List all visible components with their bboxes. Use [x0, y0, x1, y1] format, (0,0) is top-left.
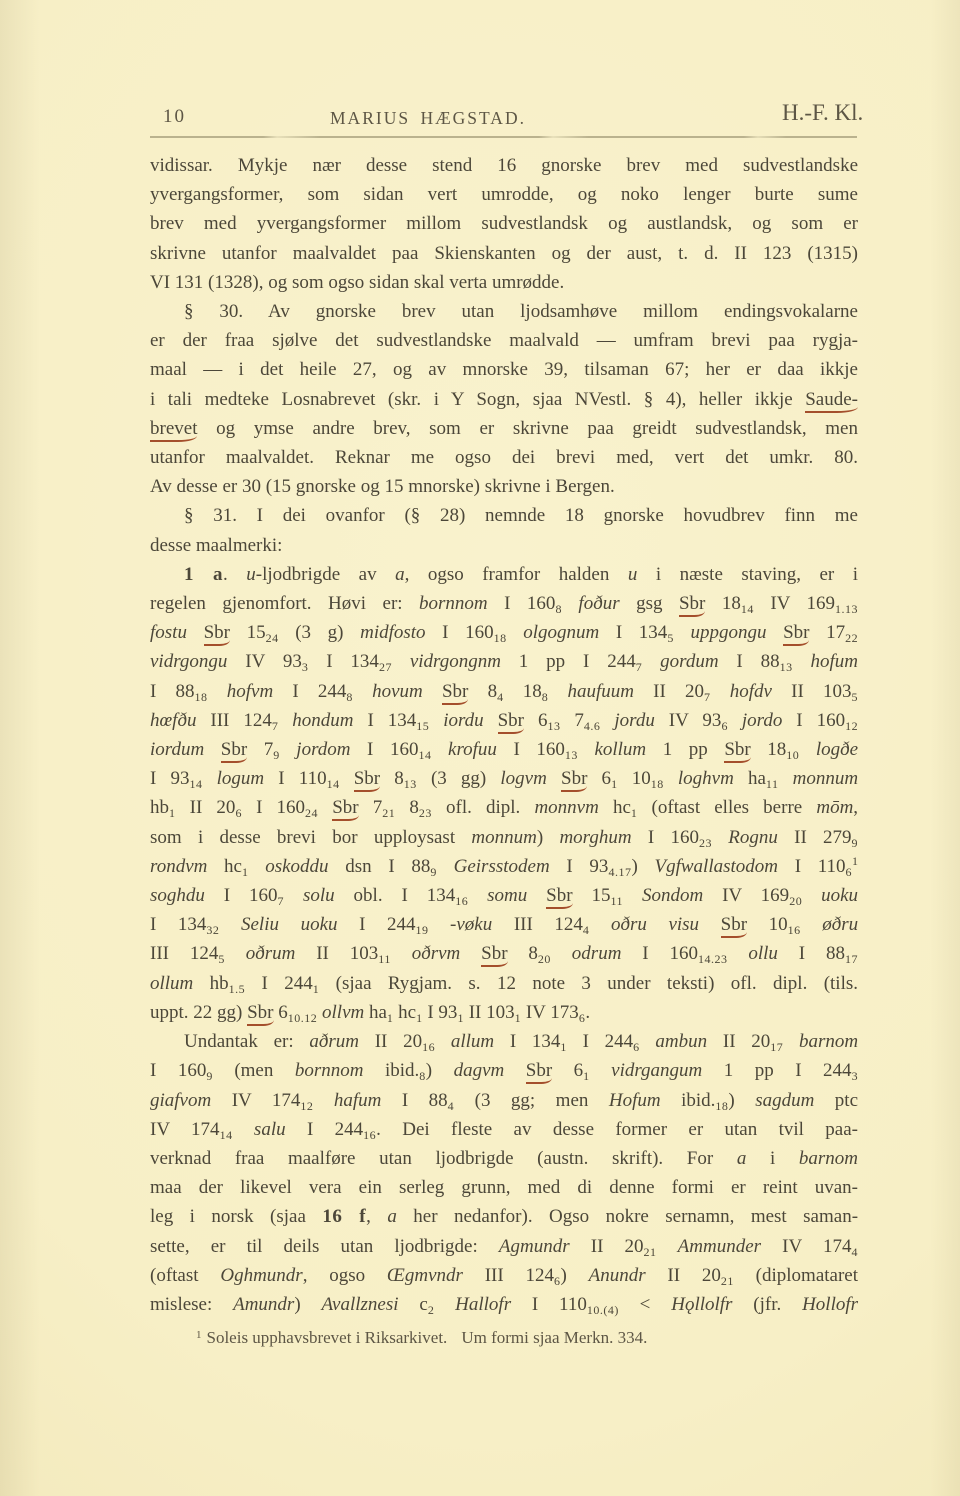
- text-segment: a: [395, 564, 405, 585]
- text-line: soghdu I 1607 solu obl. I 13416 somu Sbr…: [150, 881, 858, 910]
- text-segment: oðrum: [246, 943, 296, 964]
- line-reference-subscript: 12: [300, 1099, 313, 1113]
- text-segment: [437, 856, 454, 877]
- line-reference-subscript: 11: [610, 894, 623, 908]
- line-reference-subscript: 1: [169, 806, 176, 820]
- text-segment: [728, 943, 749, 964]
- body-text: vidissar. Mykje nær desse stend 16 gnors…: [150, 151, 858, 1319]
- text-segment: [340, 768, 354, 789]
- red-underlined-word: Sbr: [783, 622, 809, 646]
- text-segment: 7: [359, 797, 383, 818]
- red-underlined-word: Sbr: [679, 593, 705, 617]
- text-segment: solu: [303, 885, 335, 906]
- text-line: vidrgongu IV 933 I 13427 vidrgongnm 1 pp…: [150, 647, 858, 676]
- text-segment: jordu: [614, 710, 654, 731]
- text-segment: [799, 739, 816, 760]
- text-segment: iordu: [443, 710, 483, 731]
- text-segment: hc: [599, 797, 631, 818]
- text-line: Undantak er: aðrum II 2016 allum I 1341 …: [150, 1027, 858, 1056]
- paragraph: § 31. I dei ovanfor (§ 28) nemnde 18 gno…: [150, 501, 858, 559]
- line-reference-subscript: 1: [560, 1040, 567, 1054]
- text-segment: ha: [364, 1002, 387, 1023]
- line-reference-subscript: 13: [404, 777, 417, 791]
- text-segment: II 103: [464, 1002, 515, 1023]
- text-segment: IV 174: [211, 1090, 300, 1111]
- line-reference-subscript: 3: [302, 660, 309, 674]
- text-segment: skrivne utanfor maalvaldet paa Skienskan…: [150, 243, 858, 264]
- text-segment: [507, 622, 524, 643]
- text-segment: IV 93: [227, 651, 301, 672]
- text-segment: [431, 739, 448, 760]
- line-reference-subscript: 15: [416, 719, 429, 733]
- text-segment: dagvm: [454, 1060, 505, 1081]
- text-segment: [225, 943, 246, 964]
- text-line: mislese: Amundr) Avallznesi c2 Hallofr I…: [150, 1290, 858, 1319]
- header-rule: [150, 136, 857, 138]
- text-segment: Rognu: [728, 827, 778, 848]
- text-segment: II 20: [176, 797, 236, 818]
- text-segment: , ogso: [303, 1265, 387, 1286]
- text-segment: 8: [380, 768, 404, 789]
- line-reference-subscript: 7: [636, 660, 643, 674]
- text-segment: brev med yvergangsformer millom sudvestl…: [150, 213, 858, 234]
- text-segment: [435, 1031, 451, 1052]
- text-segment: (3 gg; men: [454, 1090, 609, 1111]
- text-segment: logvm: [500, 768, 546, 789]
- text-segment: a: [387, 1206, 397, 1227]
- text-line: maa der likevel vera ein serleg grunn, m…: [150, 1173, 858, 1202]
- text-segment: II 103: [772, 681, 852, 702]
- line-reference-subscript: 13: [565, 748, 578, 762]
- text-segment: [590, 1060, 612, 1081]
- text-segment: [278, 710, 292, 731]
- text-segment: Hǫllolfr: [671, 1294, 732, 1315]
- text-line: 1 a. u-ljodbrigde av a, ogso framfor hal…: [150, 560, 858, 589]
- text-line: regelen gjenomfort. Høvi er: bornnom I 1…: [150, 589, 858, 618]
- line-reference-subscript: 14: [189, 777, 202, 791]
- line-reference-subscript: 4: [497, 690, 504, 704]
- text-segment: 1 pp: [646, 739, 724, 760]
- text-segment: vidrgongu: [150, 651, 227, 672]
- text-segment: Undantak er:: [184, 1031, 309, 1052]
- line-reference-subscript: 5: [667, 631, 674, 645]
- text-segment: [766, 622, 783, 643]
- text-segment: øðru: [822, 914, 858, 935]
- text-segment: Oghmundr: [220, 1265, 302, 1286]
- text-segment: Geirsstodem: [454, 856, 550, 877]
- line-reference-subscript: 18: [494, 631, 507, 645]
- line-reference-subscript: 1: [313, 982, 320, 996]
- text-segment: gsg: [620, 593, 679, 614]
- text-segment: I 110: [264, 768, 326, 789]
- line-reference-subscript: 18: [715, 1099, 728, 1113]
- line-reference-subscript: 9: [430, 865, 437, 879]
- text-segment: ha: [734, 768, 766, 789]
- text-segment: -ljodbrigde av: [256, 564, 395, 585]
- text-segment: krofuu: [448, 739, 497, 760]
- text-segment: [460, 943, 481, 964]
- line-reference-subscript: 13: [780, 660, 793, 674]
- text-line: (oftast Oghmundr, ogso Œgmvndr III 1246)…: [150, 1261, 858, 1290]
- line-reference-subscript: 24: [266, 631, 279, 645]
- text-segment: <: [619, 1294, 671, 1315]
- line-reference-subscript: 7: [278, 894, 285, 908]
- text-segment: [202, 768, 216, 789]
- text-segment: I 110: [778, 856, 846, 877]
- text-segment: monnum: [793, 768, 858, 789]
- line-reference-subscript: 8: [542, 690, 549, 704]
- text-line: brevet og ymse andre brev, som er skrivn…: [150, 414, 858, 443]
- text-segment: gordum: [660, 651, 718, 672]
- text-line: desse maalmerki:: [150, 531, 858, 560]
- text-segment: 18: [504, 681, 542, 702]
- text-segment: [664, 768, 678, 789]
- line-reference-subscript: 16: [422, 1040, 435, 1054]
- text-segment: og ymse andre brev, som er skrivne paa g…: [197, 418, 858, 439]
- text-line: ollum hb1.5 I 2441 (sjaa Rygjam. s. 12 n…: [150, 969, 858, 998]
- text-segment: [208, 681, 227, 702]
- text-segment: i tali medteke Losnabrevet (skr. i Y Sog…: [150, 389, 805, 410]
- text-segment: [562, 593, 578, 614]
- red-underlined-word: Sbr: [546, 885, 572, 909]
- text-segment: hœfðu: [150, 710, 196, 731]
- text-segment: (oftast elles berre: [637, 797, 816, 818]
- text-segment: II 20: [646, 1265, 721, 1286]
- text-segment: allum: [451, 1031, 494, 1052]
- text-segment: her nedanfor). Ogso nokre sernamn, mest …: [397, 1206, 858, 1227]
- line-reference-subscript: 13: [547, 719, 560, 733]
- text-segment: 6: [587, 768, 611, 789]
- text-line: rondvm hc1 oskoddu dsn I 889 Geirsstodem…: [150, 852, 858, 881]
- text-segment: IV 169: [754, 593, 835, 614]
- text-line: verknad fraa maalføre utan ljodbrigde (a…: [150, 1144, 858, 1173]
- text-segment: aðrum: [309, 1031, 359, 1052]
- line-reference-subscript: 1: [631, 806, 638, 820]
- line-reference-subscript: 3: [852, 1069, 859, 1083]
- line-reference-subscript: 21: [382, 806, 395, 820]
- text-segment: II 103: [295, 943, 378, 964]
- text-segment: VI 131 (1328), og som ogso sidan skal ve…: [150, 272, 564, 293]
- text-segment: som i desse brevi bor upploysast: [150, 827, 471, 848]
- text-segment: hovum: [372, 681, 423, 702]
- red-underlined-word: Sbr: [561, 768, 587, 792]
- line-reference-subscript: 32: [206, 923, 219, 937]
- text-segment: Ammunder: [678, 1236, 761, 1257]
- line-reference-subscript: 7: [272, 719, 279, 733]
- text-segment: somu: [487, 885, 527, 906]
- line-reference-subscript: 11: [766, 777, 779, 791]
- text-segment: mislese:: [150, 1294, 233, 1315]
- text-segment: 6: [524, 710, 547, 731]
- text-segment: regelen gjenomfort. Høvi er:: [150, 593, 419, 614]
- text-segment: visu: [668, 914, 699, 935]
- text-segment: 15: [573, 885, 611, 906]
- line-reference-subscript: 14.23: [698, 952, 728, 966]
- text-segment: I 160: [488, 593, 556, 614]
- text-segment: hofvm: [227, 681, 273, 702]
- text-segment: [778, 768, 792, 789]
- line-reference-subscript: 7: [704, 690, 711, 704]
- text-segment: uppgongu: [690, 622, 766, 643]
- text-line: i tali medteke Losnabrevet (skr. i Y Sog…: [150, 385, 858, 414]
- text-segment: maa der likevel vera ein serleg grunn, m…: [150, 1177, 858, 1198]
- text-segment: IV 173: [521, 1002, 579, 1023]
- text-segment: III 124: [492, 914, 583, 935]
- text-segment: hc: [393, 1002, 416, 1023]
- text-segment: hb: [150, 797, 169, 818]
- text-segment: vidrgongnm: [410, 651, 501, 672]
- text-segment: Sondom: [642, 885, 703, 906]
- text-segment: 18: [751, 739, 787, 760]
- text-line: I 8818 hofvm I 2448 hovum Sbr 84 188 hau…: [150, 677, 858, 706]
- text-segment: uppt. 22 gg): [150, 1002, 247, 1023]
- text-segment: [187, 622, 204, 643]
- text-segment: 8: [468, 681, 497, 702]
- line-reference-subscript: 1: [242, 865, 249, 879]
- text-segment: [578, 739, 595, 760]
- text-segment: jordo: [742, 710, 782, 731]
- text-segment: [728, 710, 742, 731]
- text-segment: III 124: [463, 1265, 554, 1286]
- line-reference-subscript: 1: [583, 1069, 590, 1083]
- text-line: uppt. 22 gg) Sbr 610.12 ollvm ha1 hc1 I …: [150, 998, 858, 1027]
- text-segment: I 93: [550, 856, 609, 877]
- text-segment: sagdum: [755, 1090, 814, 1111]
- text-segment: I 160: [242, 797, 305, 818]
- text-segment: III 124: [196, 710, 271, 731]
- text-segment: soghdu: [150, 885, 205, 906]
- text-line: sette, er til deils utan ljodbrigde: Agm…: [150, 1232, 858, 1261]
- running-title: MARIUS HÆGSTAD.: [330, 108, 526, 129]
- text-segment: § 30. Av gnorske brev utan ljodsamhøve m…: [184, 301, 858, 322]
- line-reference-subscript: 9: [206, 1069, 213, 1083]
- text-segment: barnom: [799, 1031, 858, 1052]
- text-segment: I 160: [497, 739, 565, 760]
- text-line: skrivne utanfor maalvaldet paa Skienskan…: [150, 239, 858, 268]
- line-reference-subscript: 14: [418, 748, 431, 762]
- text-segment: [353, 681, 372, 702]
- page-number: 10: [163, 106, 186, 128]
- text-segment: (3 g): [279, 622, 361, 643]
- text-segment: IV 174: [150, 1119, 220, 1140]
- paragraph: vidissar. Mykje nær desse stend 16 gnors…: [150, 151, 858, 297]
- text-segment: i: [746, 1148, 799, 1169]
- series-label: H.-F. Kl.: [782, 100, 863, 126]
- text-segment: ibid.: [661, 1090, 716, 1111]
- text-segment: .: [223, 564, 246, 585]
- text-line: som i desse brevi bor upploysast monnum)…: [150, 823, 858, 852]
- text-segment: I 160: [205, 885, 278, 906]
- red-underlined-word: Sbr: [354, 768, 380, 792]
- text-segment: [793, 651, 811, 672]
- line-reference-subscript: 12: [845, 719, 858, 733]
- text-segment: 8: [395, 797, 419, 818]
- text-segment: IV 93: [655, 710, 722, 731]
- text-segment: hondum: [292, 710, 353, 731]
- text-segment: c: [399, 1294, 428, 1315]
- text-segment: ambun: [655, 1031, 707, 1052]
- line-reference-subscript: 11: [378, 952, 391, 966]
- footnote: 1Soleis upphavsbrevet i Riksarkivet.Um f…: [150, 1328, 904, 1348]
- text-line: leg i norsk (sjaa 16 f, a her nedanfor).…: [150, 1202, 858, 1231]
- text-segment: jordom: [296, 739, 350, 760]
- text-segment: [802, 885, 821, 906]
- text-segment: 8: [508, 943, 538, 964]
- text-line: hœfðu III 1247 hondum I 13415 iordu Sbr …: [150, 706, 858, 735]
- text-segment: bornnom: [295, 1060, 364, 1081]
- line-reference-subscript: 14: [220, 1128, 233, 1142]
- text-segment: [233, 1119, 254, 1140]
- text-line: III 1245 oðrum II 10311 oðrvm Sbr 820 od…: [150, 939, 858, 968]
- text-segment: [547, 768, 561, 789]
- text-segment: [647, 914, 669, 935]
- text-segment: [589, 914, 611, 935]
- text-segment: ollu: [748, 943, 778, 964]
- text-segment: I 160: [621, 943, 698, 964]
- text-segment: , ogso framfor halden: [405, 564, 628, 585]
- text-segment: hb: [193, 973, 228, 994]
- text-line: I 13432 Seliu uoku I 24419 -vøku III 124…: [150, 910, 858, 939]
- footnote-text-2: Um formi sjaa Merkn. 334.: [461, 1328, 647, 1347]
- text-segment: [429, 710, 443, 731]
- text-segment: morghum: [559, 827, 631, 848]
- text-segment: ,: [853, 797, 858, 818]
- text-segment: er der fraa sjølve det sudvestlandske ma…: [150, 330, 858, 351]
- text-segment: [699, 914, 721, 935]
- text-segment: oðru: [611, 914, 647, 935]
- red-underlined-word: Saude-: [805, 389, 858, 413]
- text-segment: [423, 681, 442, 702]
- line-reference-subscript: 1: [515, 1011, 522, 1025]
- text-segment: I 134: [354, 710, 417, 731]
- line-reference-subscript: 22: [845, 631, 858, 645]
- text-segment: (jfr.: [732, 1294, 802, 1315]
- line-reference-subscript: 8: [555, 602, 562, 616]
- text-line: IV 17414 salu I 24416. Dei fleste av des…: [150, 1115, 858, 1144]
- text-segment: I 88: [778, 943, 845, 964]
- text-segment: I 244: [286, 1119, 364, 1140]
- text-segment: rondvm: [150, 856, 207, 877]
- text-segment: [318, 797, 332, 818]
- text-segment: 16 f: [322, 1206, 366, 1227]
- red-underlined-word: Sbr: [221, 739, 247, 763]
- text-segment: Av desse er 30 (15 gnorske og 15 mnorske…: [150, 476, 615, 497]
- line-reference-subscript: 1.5: [229, 982, 246, 996]
- paragraph: 1 a. u-ljodbrigde av a, ogso framfor hal…: [150, 560, 858, 1027]
- text-segment: logðe: [816, 739, 858, 760]
- text-segment: fostu: [150, 622, 187, 643]
- text-segment: III 124: [150, 943, 218, 964]
- line-reference-subscript: 4.17: [608, 865, 631, 879]
- line-reference-subscript: 1: [416, 1011, 423, 1025]
- text-line: maal — i det heile 27, og av mnorske 39,…: [150, 355, 858, 384]
- text-segment: oskoddu: [265, 856, 328, 877]
- text-segment: [640, 1031, 656, 1052]
- text-segment: desse maalmerki:: [150, 535, 282, 556]
- line-reference-subscript: 18: [651, 777, 664, 791]
- text-segment: [391, 943, 412, 964]
- text-segment: monnum: [471, 827, 536, 848]
- text-segment: u: [628, 564, 638, 585]
- line-reference-subscript: 1: [457, 1011, 464, 1025]
- line-reference-subscript: 1: [387, 1011, 394, 1025]
- line-reference-subscript: 8: [419, 1069, 426, 1083]
- text-segment: giafvom: [150, 1090, 211, 1111]
- text-segment: [313, 1090, 333, 1111]
- text-segment: I 88: [719, 651, 780, 672]
- text-segment: 1 pp I 244: [702, 1060, 851, 1081]
- line-reference-subscript: 16: [788, 923, 801, 937]
- text-segment: Avallznesi: [321, 1294, 398, 1315]
- text-segment: [801, 914, 823, 935]
- line-reference-subscript: 1.13: [835, 602, 858, 616]
- text-segment: ): [560, 1265, 588, 1286]
- text-line: I 1609 (men bornnom ibid.8) dagvm Sbr 61…: [150, 1056, 858, 1085]
- footnote-text-1: Soleis upphavsbrevet i Riksarkivet.: [207, 1328, 448, 1347]
- paragraph: Undantak er: aðrum II 2016 allum I 1341 …: [150, 1027, 858, 1319]
- line-reference-subscript: 14: [327, 777, 340, 791]
- line-reference-subscript: 9: [273, 748, 280, 762]
- text-segment: ): [426, 1060, 454, 1081]
- line-reference-subscript: 6: [633, 1040, 640, 1054]
- text-segment: I 110: [511, 1294, 587, 1315]
- text-segment: mōm: [816, 797, 853, 818]
- text-segment: salu: [254, 1119, 286, 1140]
- text-line: hb1 II 206 I 16024 Sbr 721 823 ofl. dipl…: [150, 793, 858, 822]
- line-reference-subscript: 10.(4): [587, 1303, 619, 1317]
- text-segment: 15: [230, 622, 266, 643]
- text-segment: olgognum: [523, 622, 599, 643]
- text-line: iordum Sbr 79 jordom I 16014 krofuu I 16…: [150, 735, 858, 764]
- red-underlined-word: Sbr: [498, 710, 524, 734]
- line-reference-subscript: 18: [195, 690, 208, 704]
- text-line: fostu Sbr 1524 (3 g) midfosto I 16018 ol…: [150, 618, 858, 647]
- text-segment: (diplomataret: [734, 1265, 858, 1286]
- text-segment: I 244: [273, 681, 346, 702]
- text-segment: ollum: [150, 973, 193, 994]
- text-segment: Hollofr: [802, 1294, 858, 1315]
- text-segment: ): [728, 1090, 755, 1111]
- text-segment: I 160: [351, 739, 419, 760]
- text-segment: Œgmvndr: [387, 1265, 463, 1286]
- text-line: Av desse er 30 (15 gnorske og 15 mnorske…: [150, 472, 858, 501]
- text-segment: ): [294, 1294, 321, 1315]
- line-reference-subscript: 6: [721, 719, 728, 733]
- text-segment: I 160: [426, 622, 494, 643]
- line-reference-subscript: 6: [235, 806, 242, 820]
- text-segment: uoku: [821, 885, 858, 906]
- text-segment: [484, 710, 498, 731]
- text-line: § 30. Av gnorske brev utan ljodsamhøve m…: [150, 297, 858, 326]
- text-segment: I 88: [381, 1090, 447, 1111]
- text-segment: 7: [560, 710, 583, 731]
- line-reference-subscript: 10: [786, 748, 799, 762]
- text-segment: hc: [207, 856, 242, 877]
- text-segment: [642, 651, 660, 672]
- text-segment: leg i norsk (sjaa: [150, 1206, 322, 1227]
- text-segment: [284, 885, 303, 906]
- text-segment: sette, er til deils utan ljodbrigde:: [150, 1236, 499, 1257]
- line-reference-subscript: 6: [554, 1274, 561, 1288]
- text-segment: [783, 1031, 799, 1052]
- text-segment: I 160: [782, 710, 845, 731]
- red-underlined-word: Sbr: [724, 739, 750, 763]
- text-segment: .: [585, 1002, 590, 1023]
- text-segment: II 20: [707, 1031, 770, 1052]
- text-line: vidissar. Mykje nær desse stend 16 gnors…: [150, 151, 858, 180]
- text-segment: [674, 622, 691, 643]
- text-segment: ptc: [814, 1090, 858, 1111]
